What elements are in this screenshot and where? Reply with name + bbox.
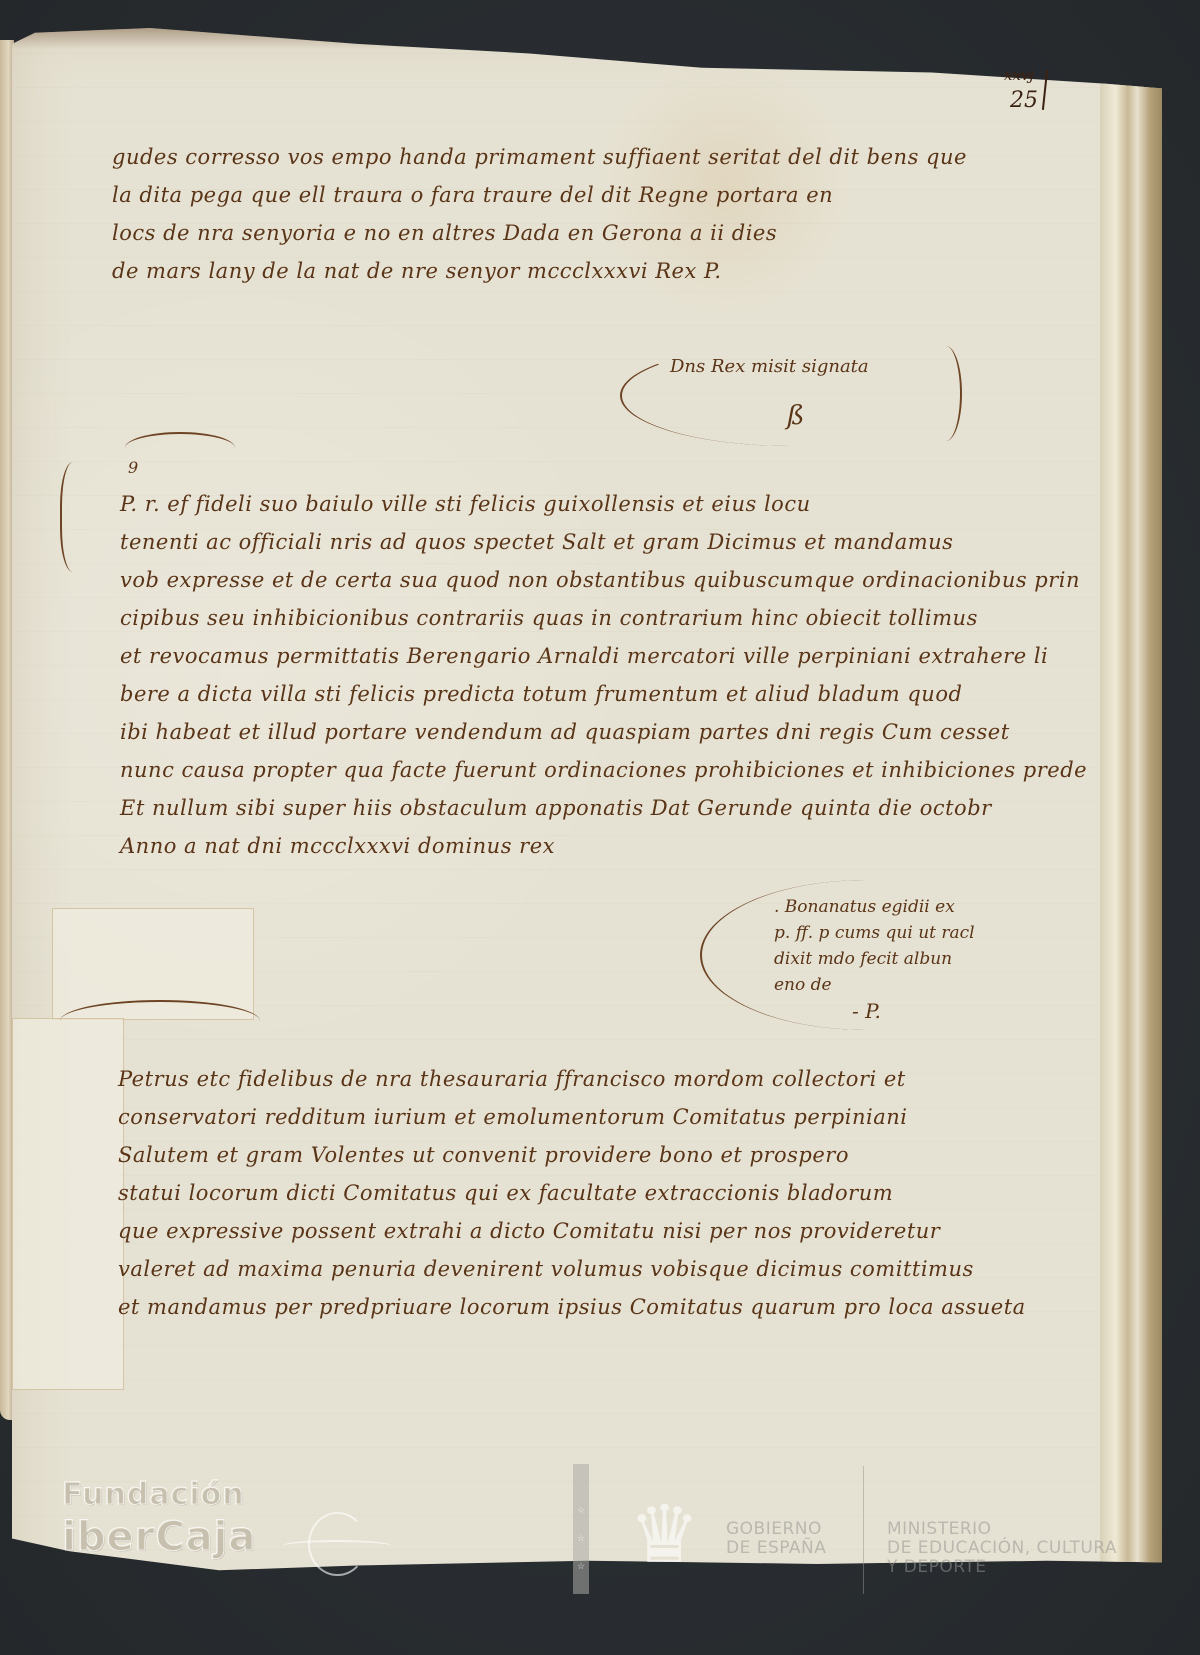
marginal-note-1: Dns Rex misit signata ß (620, 345, 962, 446)
text-line: la dita pega que ell traura o fara traur… (112, 176, 967, 214)
text-line: vob expresse et de certa sua quod non ob… (120, 561, 1087, 599)
text-line: tenenti ac officiali nris ad quos specte… (120, 523, 1087, 561)
flourish-decoration (125, 432, 235, 464)
text-line: P. r. ef fideli suo baiulo ville sti fel… (120, 485, 1087, 523)
text-line: valeret ad maxima penuria devenirent vol… (118, 1250, 1026, 1288)
entry-2-text: P. r. ef fideli suo baiulo ville sti fel… (120, 485, 1087, 865)
government-line2: DE ESPAÑA (726, 1539, 826, 1558)
ibercaja-line2: iberCaja (62, 1514, 256, 1560)
marginal-mark: 9 (128, 458, 138, 477)
text-line: et mandamus per predpriuare locorum ipsi… (118, 1288, 1026, 1326)
marginal-note-2: . Bonanatus egidii ex p. ff. p cums qui … (700, 880, 1032, 1030)
text-line: Et nullum sibi super hiis obstaculum app… (120, 789, 1087, 827)
text-line: de mars lany de la nat de nre senyor mcc… (112, 252, 967, 290)
text-line: Anno a nat dni mccclxxxvi dominus rex (120, 827, 1087, 865)
binding-spine-left (0, 40, 14, 1420)
star-icon: ☆ (573, 1534, 589, 1544)
entry-1-text: gudes corresso vos empo handa primament … (112, 138, 967, 290)
text-line: locs de nra senyoria e no en altres Dada… (112, 214, 967, 252)
ministry-line3: Y DEPORTE (887, 1558, 1117, 1577)
text-line: gudes corresso vos empo handa primament … (112, 138, 967, 176)
text-line: bere a dicta villa sti felicis predicta … (120, 675, 1087, 713)
coat-of-arms-icon: ♛ (622, 1480, 707, 1590)
star-icon: ☆ (573, 1506, 589, 1516)
folio-number: xxvj 25 (1010, 88, 1038, 113)
flourish-decoration (60, 1000, 260, 1042)
text-line: nunc causa propter qua facte fuerunt ord… (120, 751, 1087, 789)
note-line: eno de (702, 972, 1032, 998)
folio-number-value: 25 (1010, 88, 1038, 113)
ibercaja-line1: Fundación (62, 1477, 256, 1512)
note-line: dixit mdo fecit albun (702, 946, 1032, 972)
spain-flag-icon: ☆ ☆ ☆ (573, 1464, 589, 1594)
text-line: que expressive possent extrahi a dicto C… (118, 1212, 1026, 1250)
ibercaja-logo-icon (308, 1512, 367, 1576)
government-line1: GOBIERNO (726, 1520, 826, 1539)
brace-decoration (930, 346, 962, 441)
ministry-watermark: MINISTERIO DE EDUCACIÓN, CULTURA Y DEPOR… (887, 1520, 1117, 1577)
fore-edge (1100, 73, 1162, 1593)
text-line: cipibus seu inhibicionibus contrariis qu… (120, 599, 1087, 637)
ibercaja-watermark: Fundación iberCaja (62, 1477, 256, 1560)
text-line: statui locorum dicti Comitatus qui ex fa… (118, 1174, 1026, 1212)
note-text: Dns Rex misit signata (670, 356, 869, 377)
government-watermark: GOBIERNO DE ESPAÑA (726, 1520, 826, 1558)
ministry-line1: MINISTERIO (887, 1520, 1117, 1539)
initial-brace-decoration (60, 462, 92, 572)
text-line: Petrus etc fidelibus de nra thesauraria … (118, 1060, 1026, 1098)
watermark-divider (863, 1466, 864, 1594)
paper-repair-patch (12, 1018, 124, 1390)
signature-mark: - P. (702, 998, 1032, 1024)
text-line: ibi habeat et illud portare vendendum ad… (120, 713, 1087, 751)
star-icon: ☆ (573, 1562, 589, 1572)
folio-number-struck: xxvj (1004, 66, 1034, 84)
text-line: Salutem et gram Volentes ut convenit pro… (118, 1136, 1026, 1174)
signature-mark: ß (787, 401, 804, 431)
text-line: et revocamus permittatis Berengario Arna… (120, 637, 1087, 675)
entry-3-text: Petrus etc fidelibus de nra thesauraria … (118, 1060, 1026, 1326)
note-line: . Bonanatus egidii ex (702, 894, 1032, 920)
note-line: p. ff. p cums qui ut racl (702, 920, 1032, 946)
ministry-line2: DE EDUCACIÓN, CULTURA (887, 1539, 1117, 1558)
text-line: conservatori redditum iurium et emolumen… (118, 1098, 1026, 1136)
